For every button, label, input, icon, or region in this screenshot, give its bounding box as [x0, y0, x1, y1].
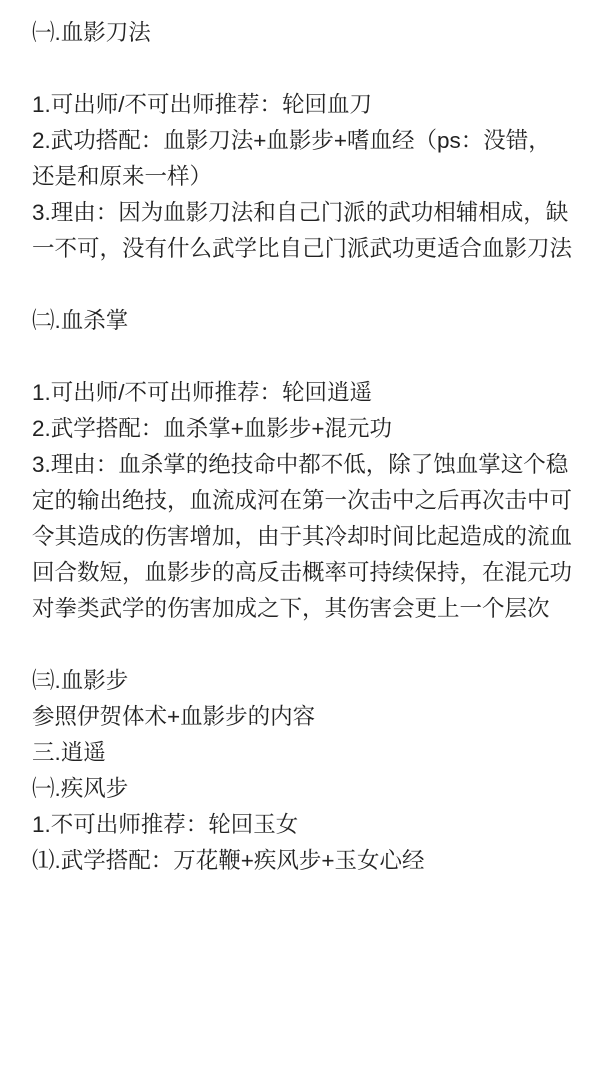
section-heading-blood-kill-palm: ㈡.血杀掌	[32, 303, 572, 339]
numbered-list-blood-kill-palm: 1.可出师/不可出师推荐：轮回逍遥 2.武学搭配：血杀掌+血影步+混元功 3.理…	[32, 375, 572, 627]
article-page: ㈠.血影刀法 1.可出师/不可出师推荐：轮回血刀 2.武功搭配：血影刀法+血影步…	[0, 0, 599, 1066]
list-item-recommendation: 1.可出师/不可出师推荐：轮回血刀	[32, 87, 572, 123]
section-heading-blood-shadow-step: ㈢.血影步	[32, 663, 572, 699]
paragraph-reference-note: 参照伊贺体术+血影步的内容	[32, 699, 572, 735]
chapter-heading-xiaoyao: 三.逍遥	[32, 735, 572, 771]
list-item-skill-combo: 2.武学搭配：血杀掌+血影步+混元功	[32, 411, 572, 447]
paragraph-skill-combo: ⑴.武学搭配：万花鞭+疾风步+玉女心经	[32, 843, 572, 879]
numbered-list-blood-shadow-blade: 1.可出师/不可出师推荐：轮回血刀 2.武功搭配：血影刀法+血影步+嗜血经（ps…	[32, 87, 572, 267]
list-item-recommendation: 1.可出师/不可出师推荐：轮回逍遥	[32, 375, 572, 411]
section-heading-blood-shadow-blade: ㈠.血影刀法	[32, 15, 572, 51]
paragraph-recommendation: 1.不可出师推荐：轮回玉女	[32, 807, 572, 843]
list-item-reason: 3.理由：因为血影刀法和自己门派的武功相辅相成，缺一不可，没有什么武学比自己门派…	[32, 195, 572, 267]
list-item-skill-combo: 2.武功搭配：血影刀法+血影步+嗜血经（ps：没错，还是和原来一样）	[32, 123, 572, 195]
section-heading-gale-step: ㈠.疾风步	[32, 771, 572, 807]
list-item-reason: 3.理由：血杀掌的绝技命中都不低，除了蚀血掌这个稳定的输出绝技，血流成河在第一次…	[32, 447, 572, 627]
